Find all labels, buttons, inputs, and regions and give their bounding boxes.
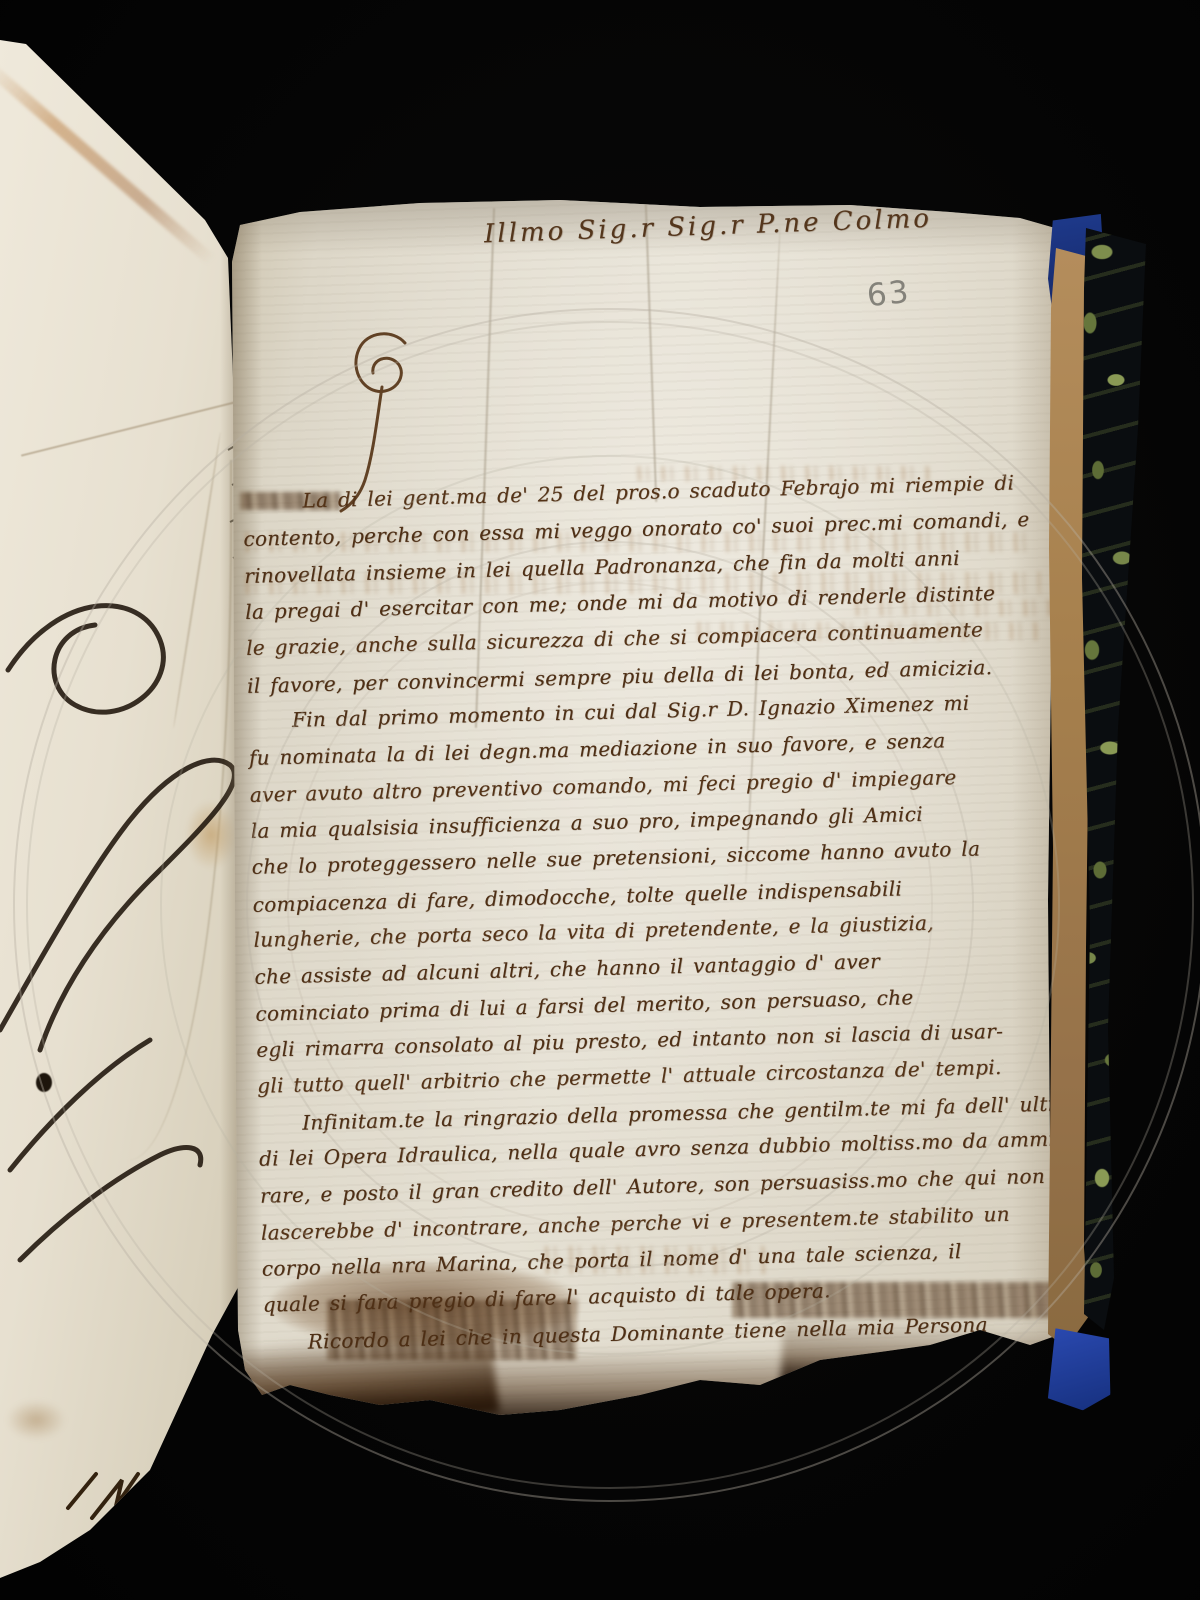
verso-ink-flourishes [0,30,250,1590]
manuscript-photograph: Illmo Sig.r Sig.r P.ne Colmo 63 La di le… [0,0,1200,1600]
burnt-edge [780,1307,1084,1403]
folio-number: 63 [865,274,912,314]
letter-body: La di lei gent.ma de' 25 del pros.o scad… [242,464,1062,1360]
binding-blue-corner [1043,1328,1114,1412]
left-page [0,30,250,1590]
burnt-edge [212,1348,1082,1438]
letter-page: Illmo Sig.r Sig.r P.ne Colmo 63 La di le… [222,180,1067,1440]
